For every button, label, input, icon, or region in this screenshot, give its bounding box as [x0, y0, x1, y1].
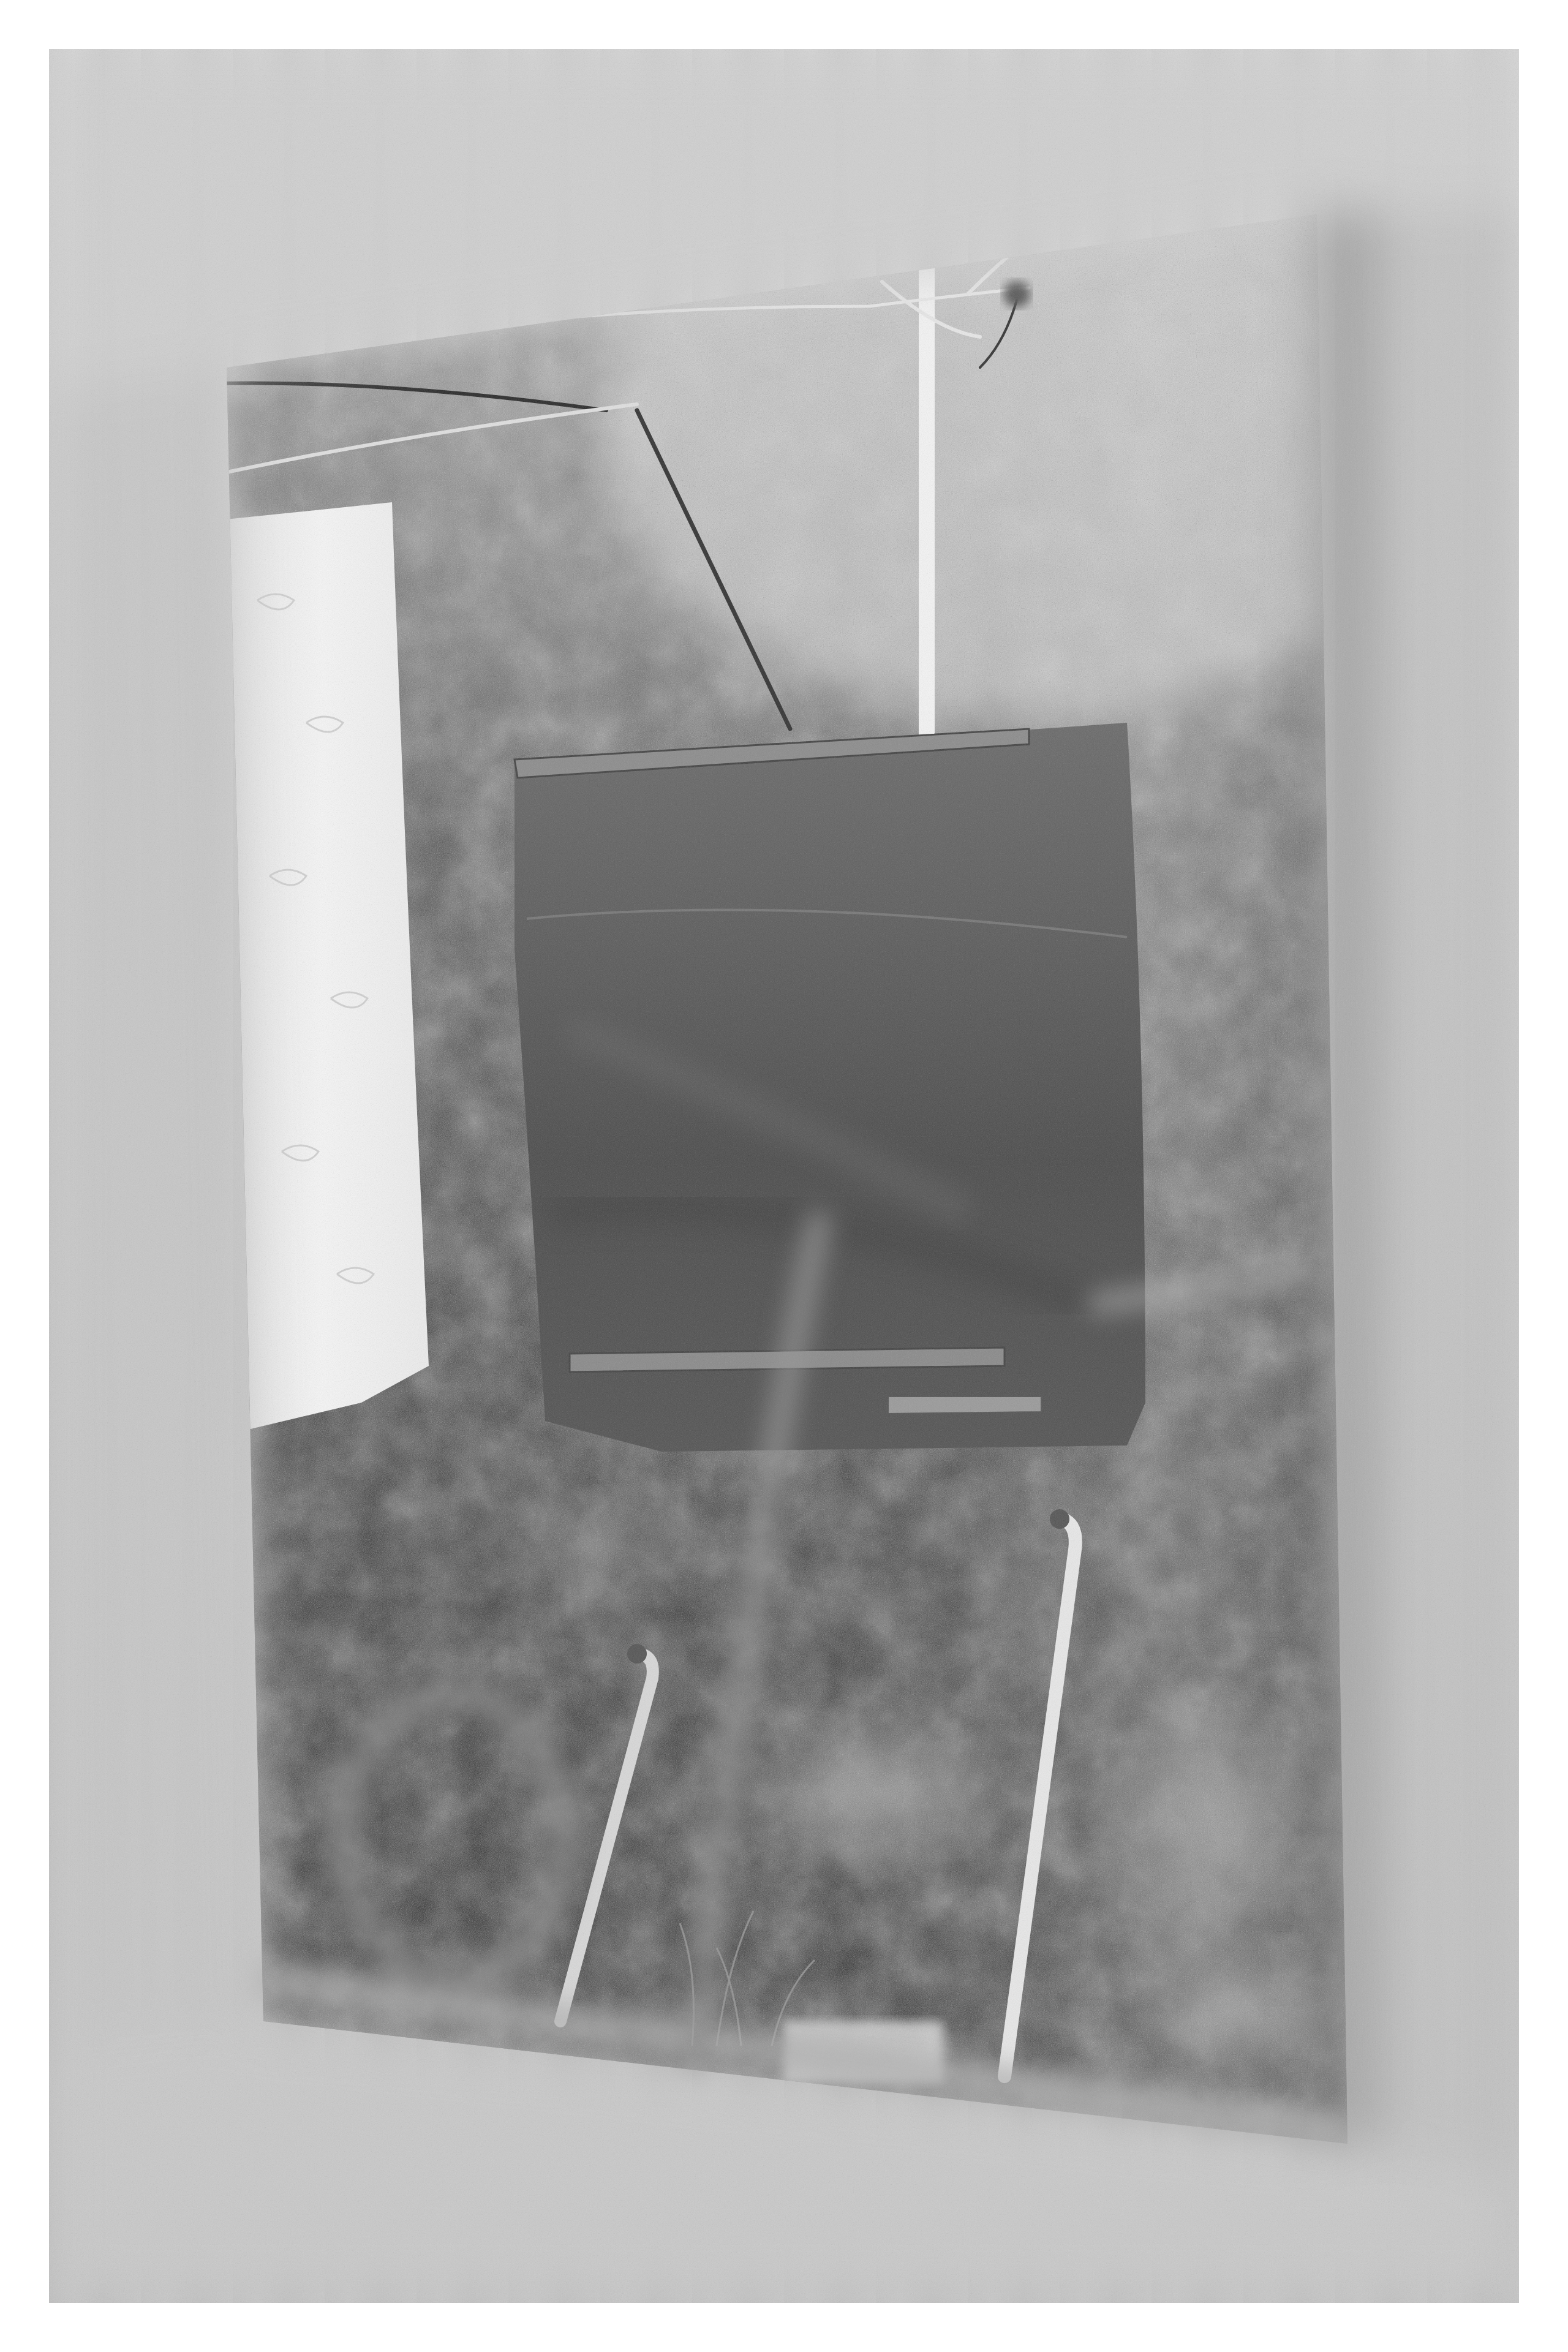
photo-scene	[49, 49, 1519, 2303]
photograph	[49, 49, 1519, 2303]
